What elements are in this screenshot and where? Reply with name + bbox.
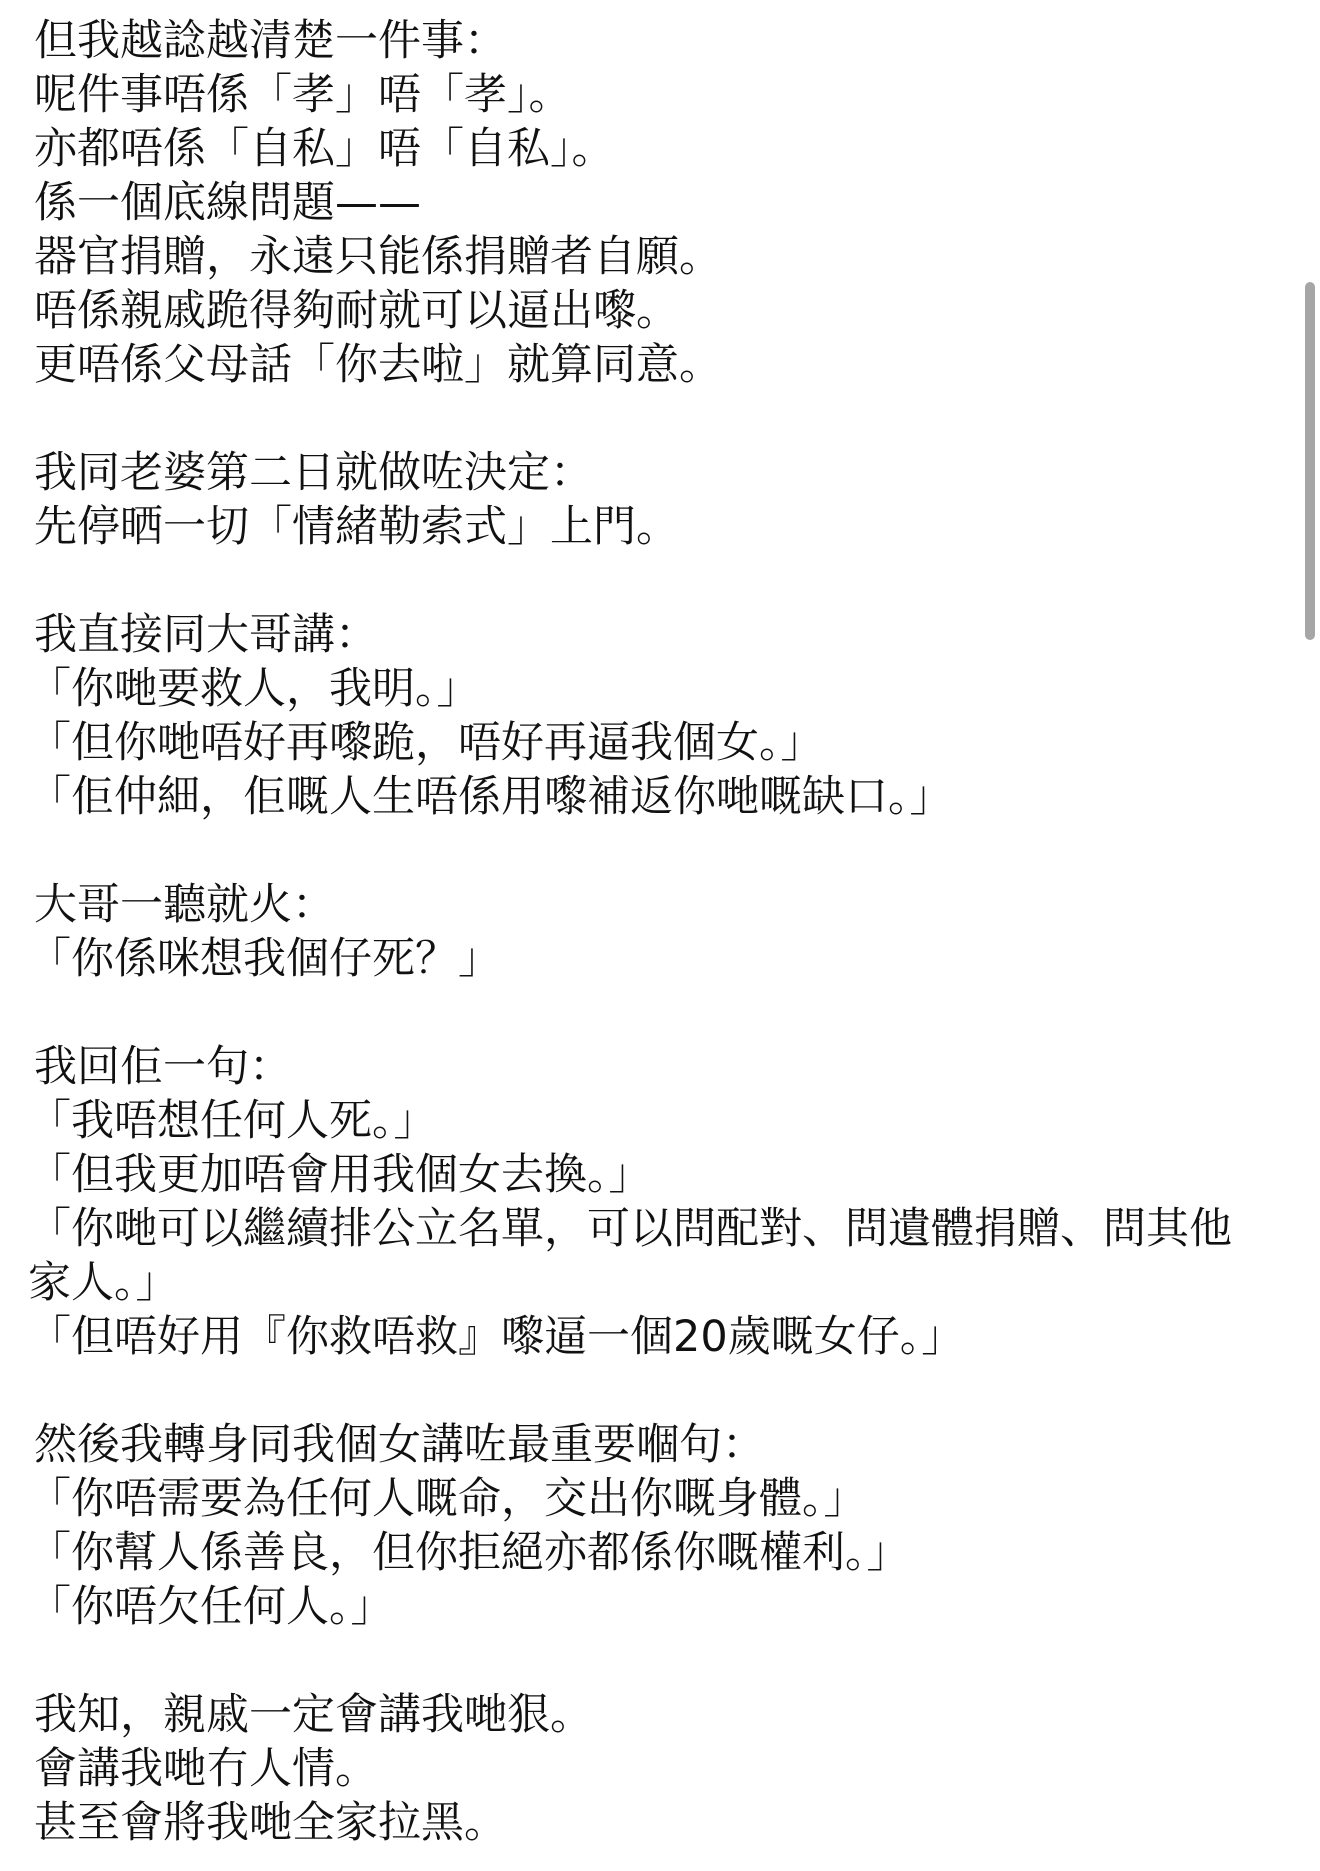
article-body: 但我越諗越清楚一件事： 呢件事唔係「孝」唔「孝」。 亦都唔係「自私」唔「自私」。… [34, 14, 1274, 1850]
quoted-line: 「但你哋唔好再嚟跪，唔好再逼我個女。」 [28, 716, 1274, 770]
paragraph: 大哥一聽就火： 「你係咪想我個仔死？」 [34, 878, 1274, 986]
text-line: 但我越諗越清楚一件事： [34, 14, 1274, 68]
text-line: 我直接同大哥講： [34, 608, 1274, 662]
paragraph: 但我越諗越清楚一件事： 呢件事唔係「孝」唔「孝」。 亦都唔係「自私」唔「自私」。… [34, 14, 1274, 392]
paragraph-spacer [34, 1634, 1274, 1688]
text-line: 呢件事唔係「孝」唔「孝」。 [34, 68, 1274, 122]
quoted-line: 「但我更加唔會用我個女去換。」 [28, 1148, 1274, 1202]
quoted-line: 「我唔想任何人死。」 [28, 1094, 1274, 1148]
text-line: 我回佢一句： [34, 1040, 1274, 1094]
quoted-line: 「你唔需要為任何人嘅命，交出你嘅身體。」 [28, 1472, 1274, 1526]
text-line: 器官捐贈，永遠只能係捐贈者自願。 [34, 230, 1274, 284]
text-line: 然後我轉身同我個女講咗最重要嗰句： [34, 1418, 1274, 1472]
paragraph: 我直接同大哥講： 「你哋要救人，我明。」 「但你哋唔好再嚟跪，唔好再逼我個女。」… [34, 608, 1274, 824]
paragraph: 我知，親戚一定會講我哋狠。 會講我哋冇人情。 甚至會將我哋全家拉黑。 [34, 1688, 1274, 1850]
quoted-line: 「但唔好用『你救唔救』嚟逼一個20歲嘅女仔。」 [28, 1310, 1274, 1364]
paragraph-spacer [34, 824, 1274, 878]
paragraph-spacer [34, 1364, 1274, 1418]
text-line: 係一個底線問題—— [34, 176, 1274, 230]
paragraph: 然後我轉身同我個女講咗最重要嗰句： 「你唔需要為任何人嘅命，交出你嘅身體。」 「… [34, 1418, 1274, 1634]
quoted-line: 「你幫人係善良，但你拒絕亦都係你嘅權利。」 [28, 1526, 1274, 1580]
paragraph-spacer [34, 392, 1274, 446]
paragraph-spacer [34, 986, 1274, 1040]
quoted-line: 「你係咪想我個仔死？」 [28, 932, 1274, 986]
text-line: 先停晒一切「情緒勒索式」上門。 [34, 500, 1274, 554]
text-line: 更唔係父母話「你去啦」就算同意。 [34, 338, 1274, 392]
vertical-scrollbar[interactable] [1298, 0, 1320, 1871]
text-line: 甚至會將我哋全家拉黑。 [34, 1796, 1274, 1850]
paragraph: 我回佢一句： 「我唔想任何人死。」 「但我更加唔會用我個女去換。」 「你哋可以繼… [34, 1040, 1274, 1364]
paragraph: 我同老婆第二日就做咗決定： 先停晒一切「情緒勒索式」上門。 [34, 446, 1274, 554]
text-line: 會講我哋冇人情。 [34, 1742, 1274, 1796]
quoted-line: 「你哋可以繼續排公立名單，可以問配對、問遺體捐贈、問其他家人。」 [28, 1202, 1274, 1310]
quoted-line: 「佢仲細，佢嘅人生唔係用嚟補返你哋嘅缺口。」 [28, 770, 1274, 824]
text-line: 大哥一聽就火： [34, 878, 1274, 932]
scrollbar-thumb[interactable] [1305, 282, 1315, 640]
text-line: 唔係親戚跪得夠耐就可以逼出嚟。 [34, 284, 1274, 338]
text-line: 亦都唔係「自私」唔「自私」。 [34, 122, 1274, 176]
quoted-line: 「你唔欠任何人。」 [28, 1580, 1274, 1634]
paragraph-spacer [34, 554, 1274, 608]
text-line: 我同老婆第二日就做咗決定： [34, 446, 1274, 500]
text-line: 我知，親戚一定會講我哋狠。 [34, 1688, 1274, 1742]
quoted-line: 「你哋要救人，我明。」 [28, 662, 1274, 716]
